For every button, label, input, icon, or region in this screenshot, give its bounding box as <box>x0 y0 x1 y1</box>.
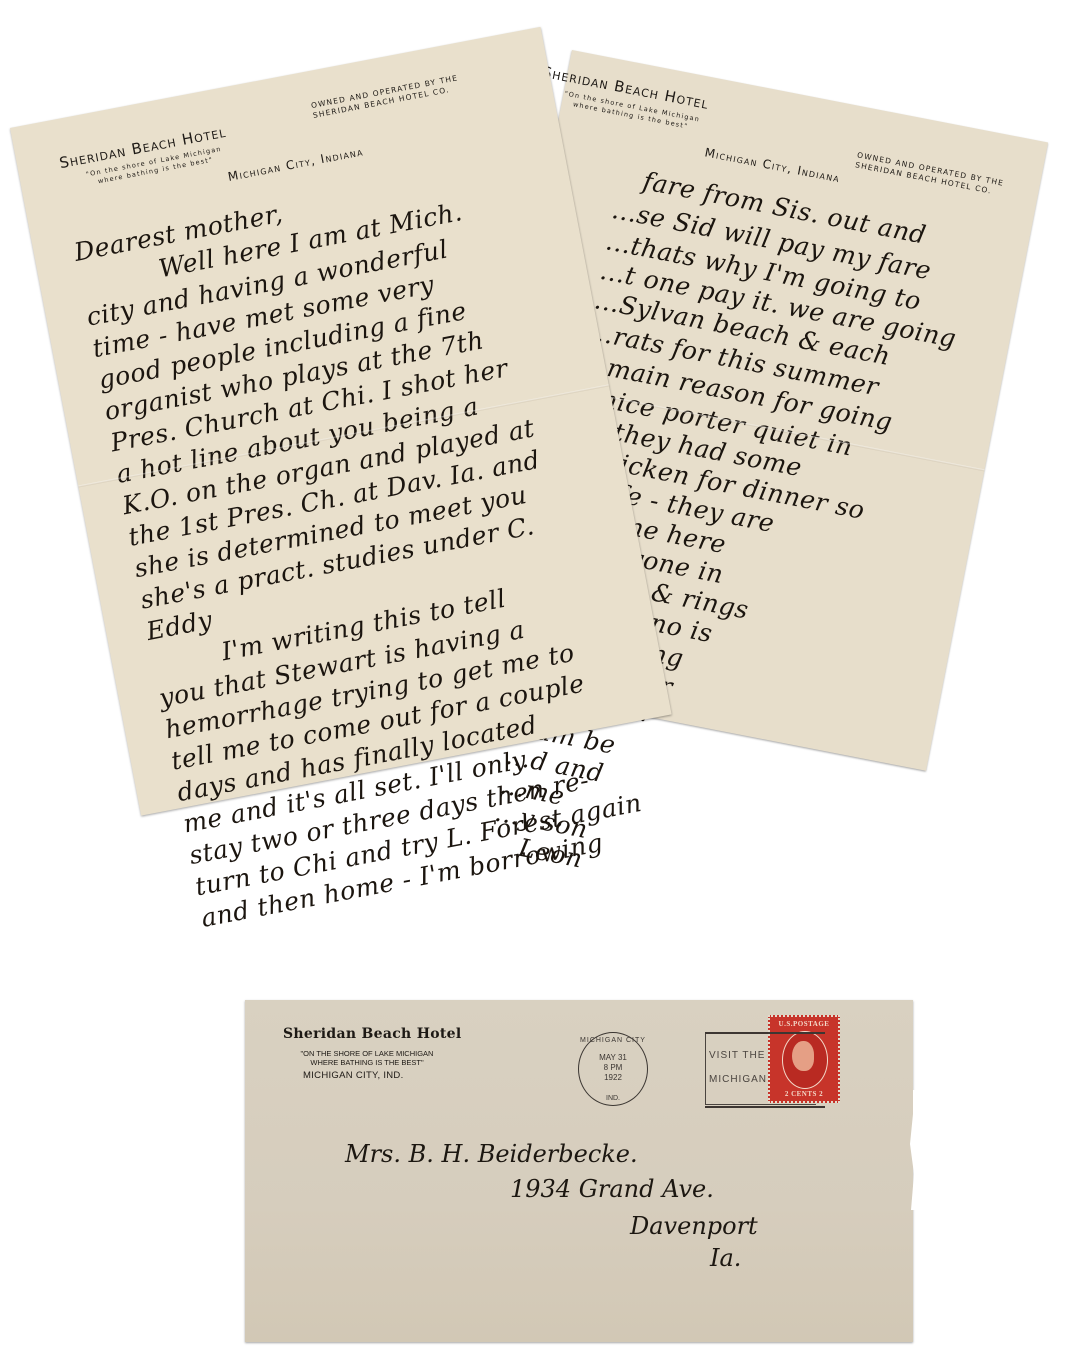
postmark-city: MICHIGAN CITY <box>579 1037 647 1044</box>
postmark-time: 8 PM <box>579 1063 647 1073</box>
envelope-motto-line-1: "ON THE SHORE OF LAKE MICHIGAN <box>287 1049 447 1058</box>
postmark-date-block: MAY 31 8 PM 1922 <box>579 1053 647 1083</box>
address-state: Ia. <box>710 1244 741 1272</box>
envelope-motto: "ON THE SHORE OF LAKE MICHIGAN WHERE BAT… <box>287 1049 447 1067</box>
address-city: Davenport <box>630 1212 758 1240</box>
postmark: MICHIGAN CITY MAY 31 8 PM 1922 IND. <box>578 1032 648 1106</box>
letterhead-owned-by: Owned and operated by the Sheridan Beach… <box>854 150 1005 198</box>
postmark-date: MAY 31 <box>579 1053 647 1063</box>
envelope: Sheridan Beach Hotel "ON THE SHORE OF LA… <box>245 1000 913 1342</box>
envelope-hotel-name: Sheridan Beach Hotel <box>283 1026 461 1042</box>
postmark-state: IND. <box>579 1095 647 1102</box>
envelope-motto-line-2: WHERE BATHING IS THE BEST" <box>287 1058 447 1067</box>
letterhead-owned-by: Owned and operated by the Sheridan Beach… <box>310 73 461 121</box>
envelope-city: MICHIGAN CITY, IND. <box>303 1070 404 1081</box>
letterhead-city: Michigan City, Indiana <box>704 145 842 185</box>
postmark-year: 1922 <box>579 1073 647 1083</box>
stamp-top-text: U.S.POSTAGE <box>770 1020 838 1028</box>
torn-edge <box>907 1090 917 1210</box>
cancellation-lines <box>705 1032 825 1108</box>
address-street: 1934 Grand Ave. <box>510 1175 714 1203</box>
address-name: Mrs. B. H. Beiderbecke. <box>345 1140 638 1168</box>
